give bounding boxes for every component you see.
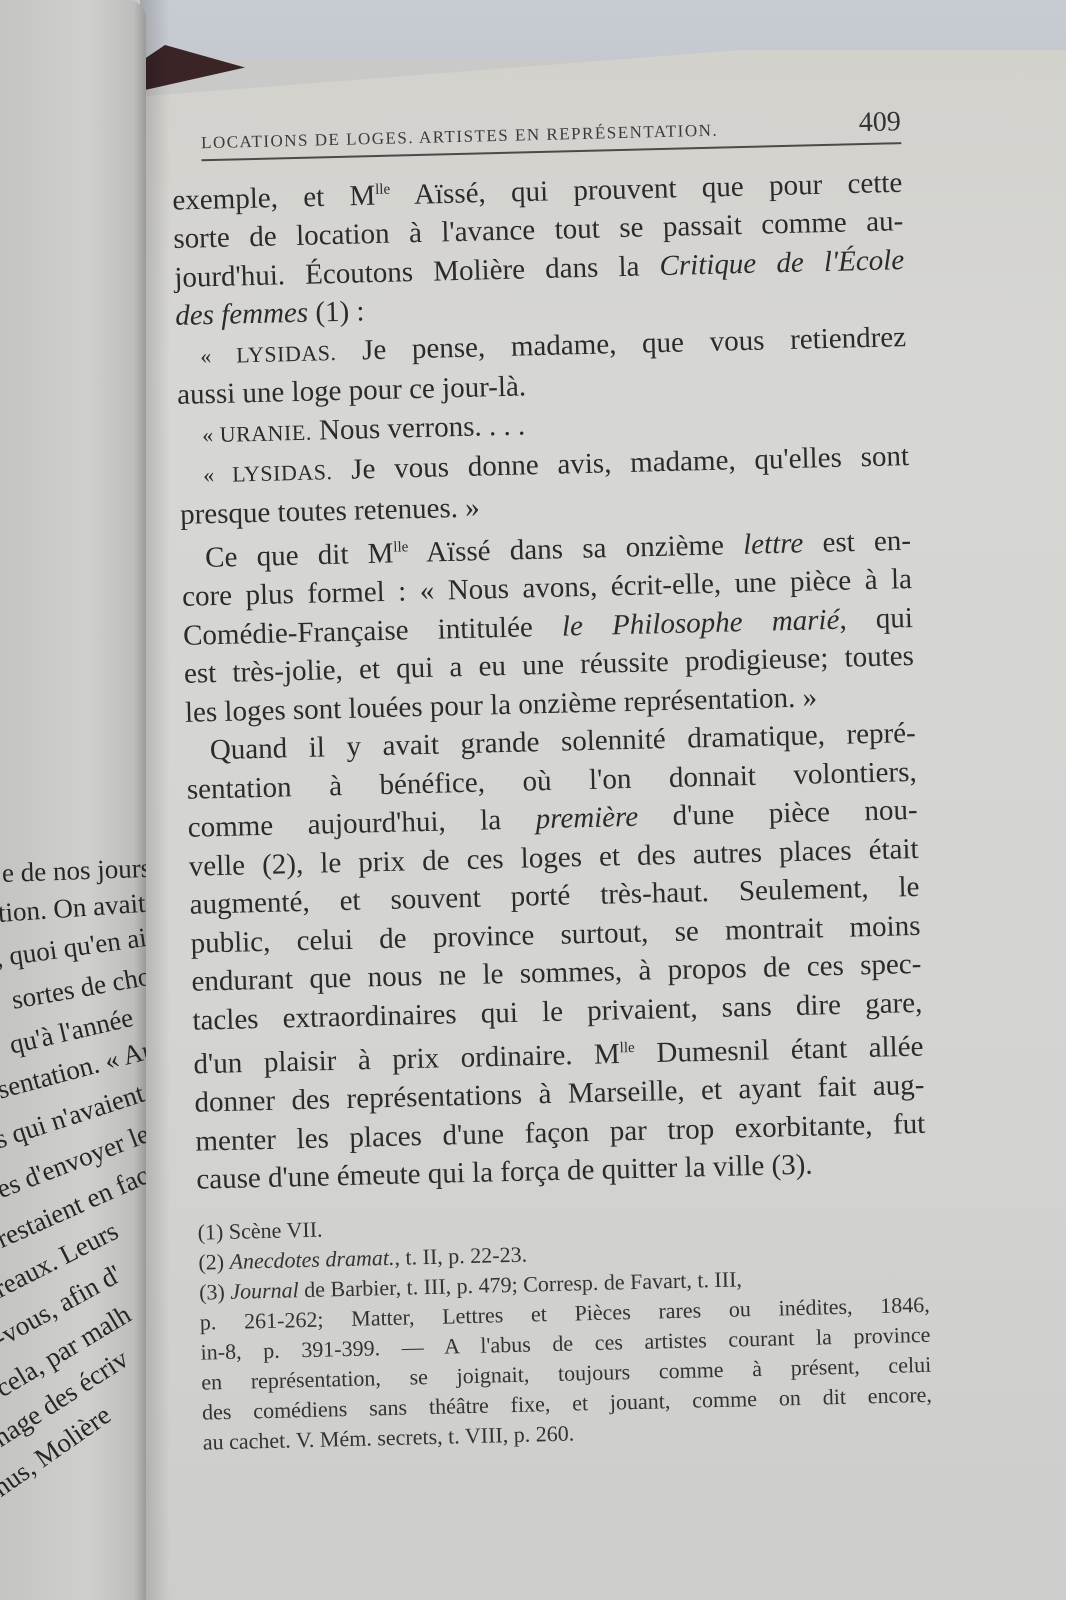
left-page-line: tion. On avait	[0, 888, 146, 929]
footnotes: (1) Scène VII. (2) Anecdotes dramat., t.…	[197, 1200, 933, 1458]
page-number: 409	[858, 106, 901, 139]
left-page: e de nos jours tion. On avait , quoi qu'…	[0, 0, 146, 1600]
speaker-name: « URANIE.	[202, 419, 312, 447]
speaker-name: « LYSIDAS.	[200, 340, 337, 368]
left-page-line: e de nos jours	[1, 853, 146, 889]
page-text-block: LOCATIONS DE LOGES. ARTISTES EN REPRÉSEN…	[170, 82, 933, 1457]
running-head-title: LOCATIONS DE LOGES. ARTISTES EN REPRÉSEN…	[201, 121, 719, 154]
paragraph-3: Quand il y avait grande solennité dramat…	[185, 714, 926, 1199]
paragraph-2: Ce que dit Mlle Aïssé dans sa onzième le…	[181, 516, 916, 732]
dialogue-quote: « LYSIDAS. Je pense, madame, que vous re…	[176, 318, 911, 534]
paragraph-1: exemple, et Mlle Aïssé, qui prouvent que…	[172, 158, 906, 335]
speaker-name: « LYSIDAS.	[203, 459, 333, 487]
